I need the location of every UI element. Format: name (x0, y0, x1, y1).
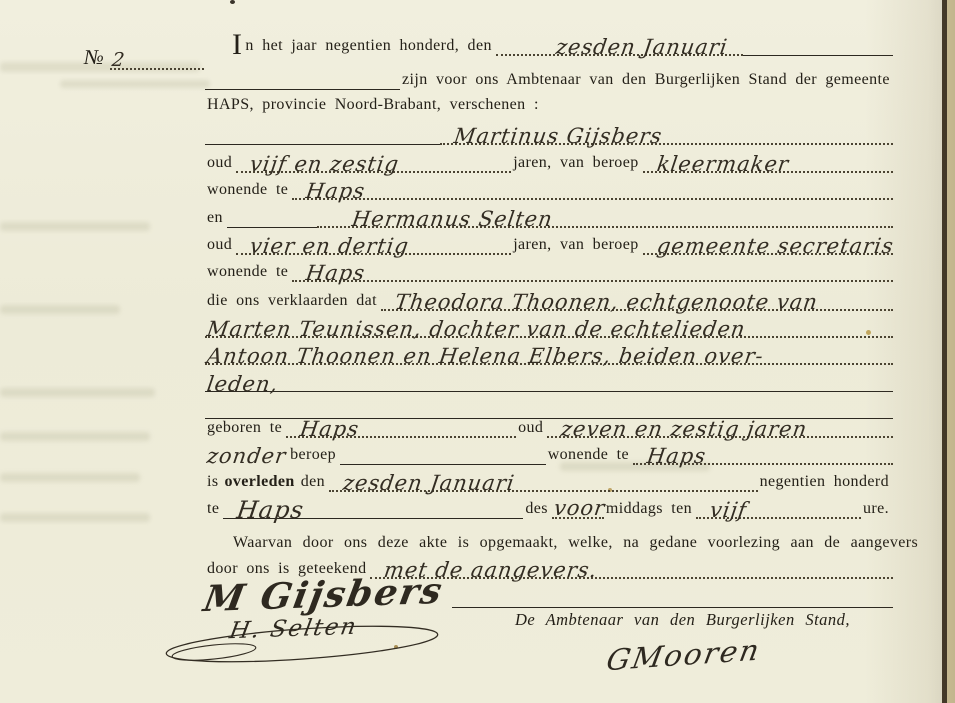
declarant1-occupation: kleermaker (655, 154, 790, 175)
declarant2-signature-block: H. Selten (162, 608, 442, 670)
opening-line-2-text: zijn voor ons Ambtenaar van den Burgerli… (400, 71, 894, 90)
declaration-line-4: leden, (205, 368, 893, 392)
deceased-birth-row: geboren te Haps oud zeven en zestig jare… (205, 414, 893, 438)
act-number-label: № (84, 45, 110, 70)
fill-line: leden, (205, 367, 893, 392)
declarant1-name-row: Martinus Gijsbers (205, 121, 893, 145)
death-place: Haps (236, 498, 306, 522)
bleed-through-mark (0, 305, 120, 314)
negentien-honderd-label: negentien honderd (758, 473, 893, 492)
deceased-parents-statement: Antoon Thoonen en Helena Elbers, beiden … (206, 346, 766, 367)
fill-line: vier en dertig (236, 229, 511, 255)
closing-line-1-text: Waarvan door ons deze akte is opgemaakt,… (205, 534, 922, 553)
declarant2-name-row: en Hermanus Selten (205, 204, 893, 228)
opening-line-1: I n het jaar negentien honderd, den zesd… (230, 32, 893, 56)
closing-line-1: Waarvan door ons deze akte is opgemaakt,… (205, 529, 893, 553)
deceased-residence: Haps (646, 446, 708, 467)
dropcap-initial: I (230, 35, 243, 56)
fill-line: Haps (286, 412, 516, 438)
fill-line (205, 120, 440, 145)
bleed-through-mark (0, 513, 150, 522)
fill-line: Haps (223, 494, 523, 519)
wonende-te-label: wonende te (546, 446, 633, 465)
des-label: des (523, 500, 552, 519)
declarant1-name: Martinus Gijsbers (453, 126, 664, 147)
fill-line: Hermanus Selten (317, 202, 893, 228)
official-title: De Ambtenaar van den Burgerlijken Stand, (515, 610, 850, 630)
oud-label: oud (205, 236, 236, 255)
fill-line (743, 31, 893, 56)
fill-line: 2 (110, 48, 204, 70)
declarant1-age: vijf en zestig (249, 154, 401, 175)
opening-line-3-text: HAPS, provincie Noord-Brabant, verschene… (205, 96, 543, 115)
jaren-beroep-label: jaren, van beroep (511, 154, 642, 173)
declarant1-residence: Haps (305, 181, 367, 202)
den-label: den (299, 473, 329, 492)
paper-speck (230, 0, 235, 4)
declarant2-age: vier en dertig (249, 236, 411, 257)
official-signature: GMooren (604, 633, 764, 677)
declarant1-signature-row: M Gijsbers (205, 574, 893, 608)
bleed-through-mark (0, 388, 155, 397)
declarant2-occupation: gemeente secretaris (655, 236, 895, 257)
middags-ten-label: middags ten (604, 500, 696, 519)
declarant1-age-row: oud vijf en zestig jaren, van beroep kle… (205, 149, 893, 173)
wonende-te-label: wonende te (205, 181, 292, 200)
declaration-line-3: Antoon Thoonen en Helena Elbers, beiden … (205, 341, 893, 365)
declarant1-residence-row: wonende te Haps (205, 176, 893, 200)
declarant2-age-row: oud vier en dertig jaren, van beroep gem… (205, 231, 893, 255)
fill-line (340, 440, 546, 465)
overleden-label: overleden (222, 473, 298, 492)
fill-line: zeven en zestig jaren (547, 412, 893, 438)
fill-line: vijf en zestig (236, 147, 511, 173)
oud-label: oud (205, 154, 236, 173)
death-registration-date: zesden Januari (554, 37, 729, 58)
bleed-through-mark (0, 222, 150, 231)
bleed-through-mark (0, 432, 150, 441)
deceased-age: zeven en zestig jaren (560, 419, 809, 440)
fill-line: vijf (696, 493, 861, 519)
deceased-occupation-row: zonder beroep wonende te Haps (205, 441, 893, 465)
fill-line: kleermaker (643, 147, 893, 173)
fill-line (452, 573, 893, 608)
death-date: zesden Januari (342, 473, 517, 494)
fill-line: Antoon Thoonen en Helena Elbers, beiden … (205, 339, 893, 365)
declarant2-residence-row: wonende te Haps (205, 258, 893, 282)
bleed-through-mark (60, 80, 210, 88)
fill-line: Marten Teunissen, dochter van de echteli… (205, 312, 893, 338)
oud-label: oud (516, 419, 547, 438)
fill-line: Martinus Gijsbers (440, 119, 893, 145)
fill-line: zesden Januari (329, 466, 758, 492)
opening-line-2: zijn voor ons Ambtenaar van den Burgerli… (205, 66, 893, 90)
deceased-statement-continuation: leden, (206, 374, 280, 395)
en-label: en (205, 209, 227, 228)
fill-line: Haps (292, 174, 893, 200)
geboren-te-label: geboren te (205, 419, 286, 438)
fill-line: Theodora Thoonen, echtgenoote van (381, 285, 893, 311)
bleed-through-mark (0, 473, 140, 482)
death-hour: vijf (709, 500, 749, 521)
jaren-beroep-label: jaren, van beroep (511, 236, 642, 255)
wonende-te-label: wonende te (205, 263, 292, 282)
death-place-row: te Haps des voor middags ten vijf ure. (205, 495, 893, 519)
deceased-spouse-statement: Marten Teunissen, dochter van de echteli… (206, 319, 747, 340)
fill-line: voor (552, 493, 604, 519)
fill-line: zesden Januari (496, 30, 743, 56)
te-label: te (205, 500, 223, 519)
declarant2-residence: Haps (305, 263, 367, 284)
death-certificate-page: № 2 I n het jaar negentien honderd, den … (0, 0, 955, 703)
declaration-line-1: die ons verklaarden dat Theodora Thoonen… (205, 287, 893, 311)
death-date-row: is overleden den zesden Januari negentie… (205, 468, 893, 492)
ure-label: ure. (861, 500, 893, 519)
fill-line: Haps (633, 439, 893, 465)
fill-line (227, 203, 317, 228)
die-ons-label: die ons verklaarden dat (205, 292, 381, 311)
beroep-label: beroep (288, 446, 340, 465)
deceased-birthplace: Haps (299, 419, 361, 440)
page-edge-strip (947, 0, 955, 703)
deceased-occupation-prefix: zonder (206, 446, 288, 467)
is-label: is (205, 473, 222, 492)
opening-line-3: HAPS, provincie Noord-Brabant, verschene… (205, 91, 893, 115)
opening-line-1-text: n het jaar negentien honderd, den (243, 37, 495, 56)
fill-line: gemeente secretaris (643, 229, 893, 255)
fill-line (205, 65, 400, 90)
declarant2-signature: H. Selten (227, 614, 360, 644)
declarant2-name: Hermanus Selten (350, 209, 554, 230)
fill-line: Haps (292, 256, 893, 282)
act-number-value: 2 (110, 51, 126, 70)
act-number: № 2 (84, 44, 204, 70)
death-daypart: voor (552, 498, 606, 519)
deceased-name-statement: Theodora Thoonen, echtgenoote van (394, 292, 820, 313)
declaration-line-2: Marten Teunissen, dochter van de echteli… (205, 314, 893, 338)
